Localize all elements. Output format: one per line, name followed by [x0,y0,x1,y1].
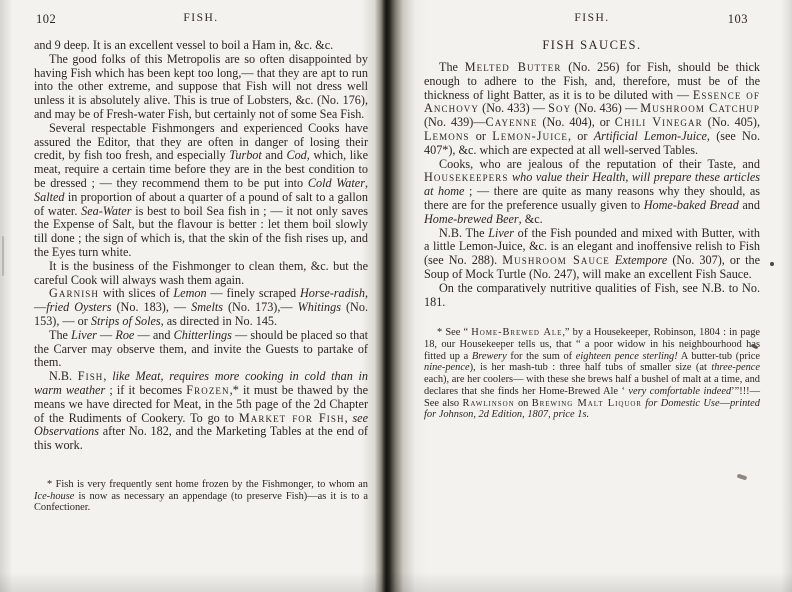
paragraph: N.B. The Liver of the Fish pounded and m… [424,227,760,282]
paragraph: N.B. Fish, like Meat, requires more cook… [34,370,368,453]
left-page-body: and 9 deep. It is an excellent vessel to… [34,39,368,453]
right-footnote: * See “ Home-Brewed Ale,” by a Housekeep… [424,327,760,421]
scan-edge-mark [2,236,4,276]
paragraph: The Liver — Roe — and Chitterlings — sho… [34,329,368,370]
scan-smudge [737,474,748,481]
right-page-header: FISH. 103 [424,12,760,28]
footnote-text: * Fish is very frequently sent home froz… [34,479,368,514]
left-running-head: FISH. [34,12,368,24]
section-heading: FISH SAUCES. [424,38,760,53]
right-page-body: The Melted Butter (No. 256) for Fish, sh… [424,61,760,309]
footnote-text: * See “ Home-Brewed Ale,” by a Housekeep… [424,327,760,421]
paragraph: and 9 deep. It is an excellent vessel to… [34,39,368,53]
ink-speck [770,262,774,266]
left-footnote: * Fish is very frequently sent home froz… [34,479,368,514]
left-page: 102 FISH. and 9 deep. It is an excellent… [34,12,368,514]
paragraph: Garnish with slices of Lemon — finely sc… [34,287,368,328]
paragraph: On the comparatively nutritive qualities… [424,282,760,310]
paragraph: The Melted Butter (No. 256) for Fish, sh… [424,61,760,158]
right-page: FISH. 103 FISH SAUCES. The Melted Butter… [424,12,760,421]
paragraph: It is the business of the Fishmonger to … [34,260,368,288]
right-running-head: FISH. [424,12,760,24]
paragraph: Several respectable Fishmongers and expe… [34,122,368,260]
left-page-header: 102 FISH. [34,12,368,28]
paragraph: The good folks of this Metropolis are so… [34,53,368,122]
right-page-number: 103 [728,12,748,27]
book-scan: 102 FISH. and 9 deep. It is an excellent… [0,0,792,592]
paragraph: Cooks, who are jealous of the reputation… [424,158,760,227]
